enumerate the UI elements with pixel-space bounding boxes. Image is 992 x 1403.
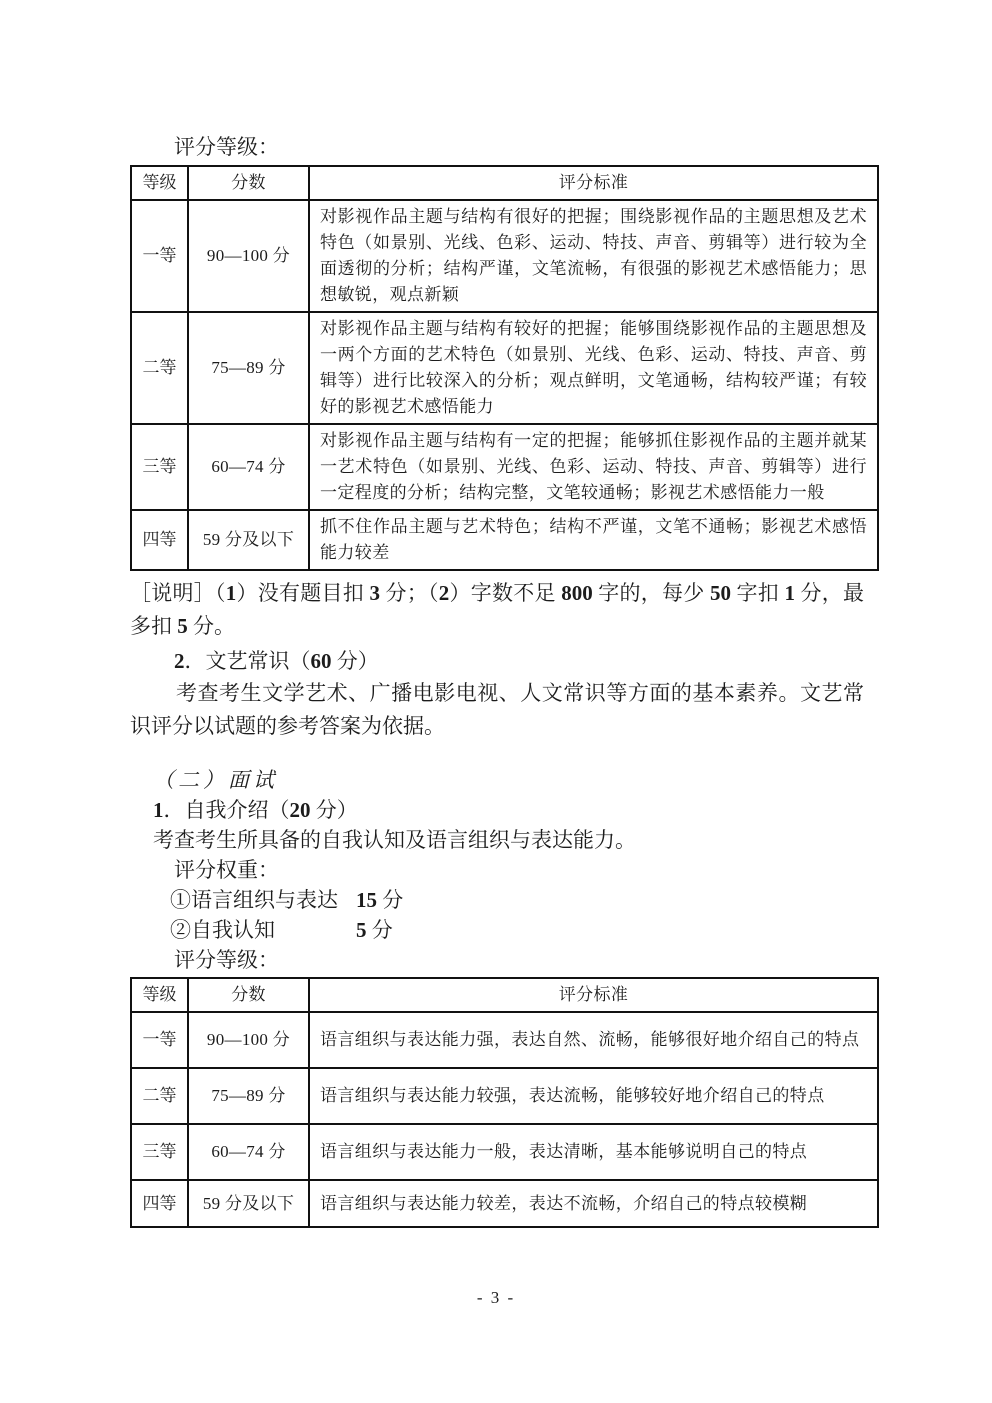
heading-number: 1 <box>153 798 164 822</box>
score-cell: 60—74 分 <box>188 1124 309 1180</box>
knowledge-section-body: 考查考生文学艺术、广播电影电视、人文常识等方面的基本素养。文艺常识评分以试题的参… <box>130 677 864 743</box>
heading-text: ．自我介绍（ <box>164 798 290 822</box>
weight-item-self-knowledge: ②自我认知5 分 <box>130 915 864 945</box>
score-cell: 59 分及以下 <box>188 1180 309 1227</box>
note-number: 800 <box>561 581 593 605</box>
note-text: ）没有题目扣 <box>236 581 369 605</box>
table-row: 三等 60—74 分 语言组织与表达能力一般，表达清晰，基本能够说明自己的特点 <box>131 1124 878 1180</box>
header-criteria: 评分标准 <box>309 978 878 1012</box>
essay-scale-label: 评分等级： <box>130 0 864 163</box>
heading-text: 分） <box>311 798 358 822</box>
score-cell: 90—100 分 <box>188 200 309 312</box>
table-header-row: 等级 分数 评分标准 <box>131 166 878 200</box>
header-grade: 等级 <box>131 978 188 1012</box>
weights-label: 评分权重： <box>130 855 864 885</box>
heading-number: 2 <box>174 649 185 673</box>
note-number: 50 <box>710 581 731 605</box>
table-row: 四等 59 分及以下 抓不住作品主题与艺术特色；结构不严谨，文笔不通畅；影视艺术… <box>131 510 878 570</box>
note-text: 字的，每少 <box>593 581 710 605</box>
table-row: 二等 75—89 分 语言组织与表达能力较强，表达流畅，能够较好地介绍自己的特点 <box>131 1068 878 1124</box>
weight-score: 15 <box>356 888 377 912</box>
weight-unit: 分 <box>367 918 393 942</box>
interview-scale-label: 评分等级： <box>130 945 864 975</box>
grade-cell: 三等 <box>131 1124 188 1180</box>
interview-heading: （二）面试 <box>130 765 864 795</box>
note-number: 1 <box>785 581 796 605</box>
criteria-cell: 语言组织与表达能力强，表达自然、流畅，能够很好地介绍自己的特点 <box>309 1012 878 1068</box>
header-grade: 等级 <box>131 166 188 200</box>
score-cell: 60—74 分 <box>188 424 309 510</box>
criteria-cell: 语言组织与表达能力较强，表达流畅，能够较好地介绍自己的特点 <box>309 1068 878 1124</box>
table-header-row: 等级 分数 评分标准 <box>131 978 878 1012</box>
grade-cell: 二等 <box>131 312 188 424</box>
note-text: 分；（ <box>380 581 439 605</box>
score-cell: 90—100 分 <box>188 1012 309 1068</box>
weight-item-text: ①语言组织与表达 <box>170 885 356 915</box>
score-cell: 59 分及以下 <box>188 510 309 570</box>
score-cell: 75—89 分 <box>188 312 309 424</box>
note-text: 分。 <box>188 614 235 638</box>
table-row: 一等 90—100 分 语言组织与表达能力强，表达自然、流畅，能够很好地介绍自己… <box>131 1012 878 1068</box>
header-score: 分数 <box>188 978 309 1012</box>
page-number: - 3 - <box>0 1288 992 1308</box>
criteria-cell: 对影视作品主题与结构有较好的把握；能够围绕影视作品的主题思想及一两个方面的艺术特… <box>309 312 878 424</box>
note-number: 3 <box>370 581 381 605</box>
grade-cell: 一等 <box>131 1012 188 1068</box>
weight-score: 5 <box>356 918 367 942</box>
table-row: 三等 60—74 分 对影视作品主题与结构有一定的把握；能够抓住影视作品的主题并… <box>131 424 878 510</box>
grade-cell: 二等 <box>131 1068 188 1124</box>
knowledge-section-heading: 2．文艺常识（60 分） <box>130 646 864 677</box>
criteria-cell: 对影视作品主题与结构有很好的把握；围绕影视作品的主题思想及艺术特色（如景别、光线… <box>309 200 878 312</box>
table-row: 一等 90—100 分 对影视作品主题与结构有很好的把握；围绕影视作品的主题思想… <box>131 200 878 312</box>
header-score: 分数 <box>188 166 309 200</box>
heading-text: ．文艺常识（ <box>185 649 311 673</box>
note-number: 2 <box>439 581 450 605</box>
note-text: ［说明］（ <box>130 581 226 605</box>
heading-text: 分） <box>332 649 379 673</box>
intro-heading: 1．自我介绍（20 分） <box>130 795 864 825</box>
intro-body: 考查考生所具备的自我认知及语言组织与表达能力。 <box>130 825 864 855</box>
grade-cell: 四等 <box>131 510 188 570</box>
grade-cell: 四等 <box>131 1180 188 1227</box>
interview-grading-table: 等级 分数 评分标准 一等 90—100 分 语言组织与表达能力强，表达自然、流… <box>130 977 879 1228</box>
criteria-cell: 对影视作品主题与结构有一定的把握；能够抓住影视作品的主题并就某一艺术特色（如景别… <box>309 424 878 510</box>
grade-cell: 三等 <box>131 424 188 510</box>
note-text: 字扣 <box>731 581 785 605</box>
weight-unit: 分 <box>377 888 403 912</box>
criteria-cell: 抓不住作品主题与艺术特色；结构不严谨，文笔不通畅；影视艺术感悟能力较差 <box>309 510 878 570</box>
grade-cell: 一等 <box>131 200 188 312</box>
heading-number: 20 <box>290 798 311 822</box>
document-page: 评分等级： 等级 分数 评分标准 一等 90—100 分 对影视作品主题与结构有… <box>130 0 864 1228</box>
note-number: 5 <box>177 614 188 638</box>
header-criteria: 评分标准 <box>309 166 878 200</box>
essay-grading-table: 等级 分数 评分标准 一等 90—100 分 对影视作品主题与结构有很好的把握；… <box>130 165 879 571</box>
weight-item-text: ②自我认知 <box>170 915 356 945</box>
essay-note: ［说明］（1）没有题目扣 3 分；（2）字数不足 800 字的，每少 50 字扣… <box>130 577 864 643</box>
interview-section: （二）面试 1．自我介绍（20 分） 考查考生所具备的自我认知及语言组织与表达能… <box>130 765 864 975</box>
score-cell: 75—89 分 <box>188 1068 309 1124</box>
weight-item-language: ①语言组织与表达15 分 <box>130 885 864 915</box>
table-row: 二等 75—89 分 对影视作品主题与结构有较好的把握；能够围绕影视作品的主题思… <box>131 312 878 424</box>
criteria-cell: 语言组织与表达能力较差，表达不流畅，介绍自己的特点较模糊 <box>309 1180 878 1227</box>
criteria-cell: 语言组织与表达能力一般，表达清晰，基本能够说明自己的特点 <box>309 1124 878 1180</box>
note-number: 1 <box>226 581 237 605</box>
heading-number: 60 <box>311 649 332 673</box>
note-text: ）字数不足 <box>449 581 561 605</box>
table-row: 四等 59 分及以下 语言组织与表达能力较差，表达不流畅，介绍自己的特点较模糊 <box>131 1180 878 1227</box>
